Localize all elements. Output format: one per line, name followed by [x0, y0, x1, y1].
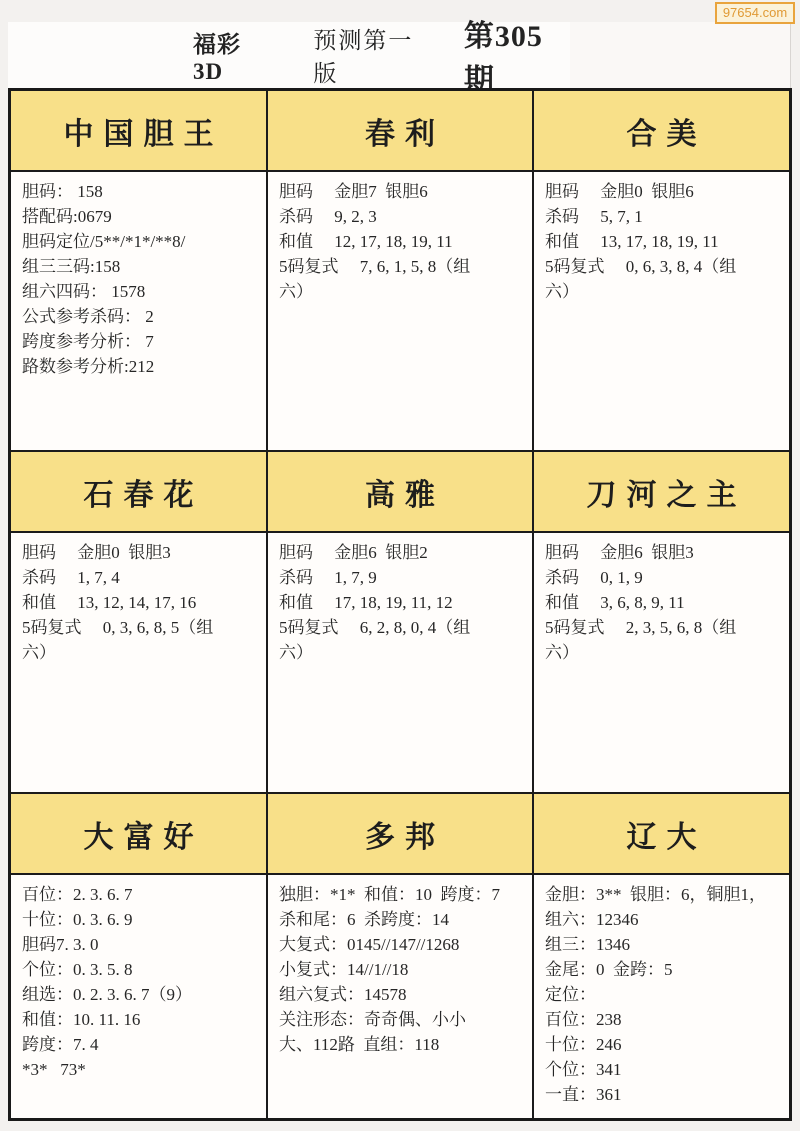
title-edition: 预测第一版	[313, 22, 434, 88]
cell-line: 定位：	[545, 982, 781, 1007]
page-header: 福彩3D 预测第一版 第305期 97654.com	[0, 0, 800, 88]
cell-line: 十位：0. 3. 6. 9	[22, 907, 258, 932]
cell-line: 公式参考杀码： 2	[22, 304, 258, 329]
prediction-grid: 中国胆王 胆码： 158搭配码:0679胆码定位/5**/*1*/**8/组三三…	[8, 88, 792, 1121]
cell-line: 胆码 金胆6 银胆3	[545, 540, 781, 565]
predictor-body: 金胆：3** 银胆：6，铜胆1，组六：12346组三：1346金尾：0 金跨：5…	[534, 875, 789, 1118]
cell-line: 5码复式 0, 3, 6, 8, 5（组	[22, 615, 258, 640]
cell-line: 跨度参考分析： 7	[22, 329, 258, 354]
predictor-cell: 刀河之主 胆码 金胆6 银胆3杀码 0, 1, 9和值 3, 6, 8, 9, …	[534, 452, 789, 794]
cell-line: 六）	[279, 279, 524, 304]
predictor-cell: 辽大 金胆：3** 银胆：6，铜胆1，组六：12346组三：1346金尾：0 金…	[534, 794, 789, 1118]
cell-line: 六）	[22, 640, 258, 665]
cell-line: 组三：1346	[545, 932, 781, 957]
cell-line: 杀码 9, 2, 3	[279, 204, 524, 229]
cell-line: 胆码 金胆6 银胆2	[279, 540, 524, 565]
predictor-body: 胆码 金胆7 银胆6杀码 9, 2, 3和值 12, 17, 18, 19, 1…	[268, 172, 532, 450]
cell-line: 小复式：14//1//18	[279, 957, 524, 982]
cell-line: 胆码 金胆0 银胆6	[545, 179, 781, 204]
predictor-name: 刀河之主	[534, 452, 789, 533]
predictor-cell: 多邦 独胆：*1* 和值：10 跨度：7杀和尾：6 杀跨度：14大复式：0145…	[268, 794, 534, 1118]
cell-line: 六）	[279, 640, 524, 665]
predictor-cell: 春利 胆码 金胆7 银胆6杀码 9, 2, 3和值 12, 17, 18, 19…	[268, 91, 534, 452]
cell-line: 组六四码： 1578	[22, 279, 258, 304]
site-watermark-badge: 97654.com	[715, 2, 795, 24]
cell-line: 5码复式 0, 6, 3, 8, 4（组	[545, 254, 781, 279]
cell-line: 胆码定位/5**/*1*/**8/	[22, 229, 258, 254]
predictor-body: 胆码 金胆6 银胆2杀码 1, 7, 9和值 17, 18, 19, 11, 1…	[268, 533, 532, 792]
cell-line: 大、112路 直组：118	[279, 1032, 524, 1057]
predictor-cell: 中国胆王 胆码： 158搭配码:0679胆码定位/5**/*1*/**8/组三三…	[11, 91, 268, 452]
cell-line: 5码复式 7, 6, 1, 5, 8（组	[279, 254, 524, 279]
predictor-name: 春利	[268, 91, 532, 172]
cell-line: 和值 17, 18, 19, 11, 12	[279, 590, 524, 615]
cell-line: 六）	[545, 279, 781, 304]
cell-line: 和值 12, 17, 18, 19, 11	[279, 229, 524, 254]
predictor-cell: 合美 胆码 金胆0 银胆6杀码 5, 7, 1和值 13, 17, 18, 19…	[534, 91, 789, 452]
predictor-body: 胆码 金胆6 银胆3杀码 0, 1, 9和值 3, 6, 8, 9, 115码复…	[534, 533, 789, 792]
predictor-name: 大富好	[11, 794, 266, 875]
cell-line: 和值 13, 17, 18, 19, 11	[545, 229, 781, 254]
cell-line: 胆码： 158	[22, 179, 258, 204]
title-issue-number: 第305期	[464, 11, 570, 99]
predictor-name: 石春花	[11, 452, 266, 533]
cell-line: 杀和尾：6 杀跨度：14	[279, 907, 524, 932]
cell-line: 组六复式：14578	[279, 982, 524, 1007]
predictor-body: 独胆：*1* 和值：10 跨度：7杀和尾：6 杀跨度：14大复式：0145//1…	[268, 875, 532, 1118]
cell-line: 六）	[545, 640, 781, 665]
cell-line: 独胆：*1* 和值：10 跨度：7	[279, 882, 524, 907]
cell-line: 百位：238	[545, 1007, 781, 1032]
cell-line: 杀码 0, 1, 9	[545, 565, 781, 590]
cell-line: 胆码 金胆7 银胆6	[279, 179, 524, 204]
cell-line: 组三三码:158	[22, 254, 258, 279]
cell-line: 杀码 1, 7, 9	[279, 565, 524, 590]
cell-line: 胆码7. 3. 0	[22, 932, 258, 957]
predictor-body: 胆码： 158搭配码:0679胆码定位/5**/*1*/**8/组三三码:158…	[11, 172, 266, 450]
cell-line: 杀码 5, 7, 1	[545, 204, 781, 229]
cell-line: 和值 13, 12, 14, 17, 16	[22, 590, 258, 615]
cell-line: *3* 73*	[22, 1057, 258, 1082]
cell-line: 5码复式 2, 3, 5, 6, 8（组	[545, 615, 781, 640]
header-right-pane	[570, 22, 791, 88]
cell-line: 百位：2. 3. 6. 7	[22, 882, 258, 907]
predictor-body: 胆码 金胆0 银胆6杀码 5, 7, 1和值 13, 17, 18, 19, 1…	[534, 172, 789, 450]
predictor-cell: 大富好 百位：2. 3. 6. 7十位：0. 3. 6. 9胆码7. 3. 0个…	[11, 794, 268, 1118]
cell-line: 5码复式 6, 2, 8, 0, 4（组	[279, 615, 524, 640]
cell-line: 关注形态：奇奇偶、小小	[279, 1007, 524, 1032]
cell-line: 个位：341	[545, 1057, 781, 1082]
cell-line: 和值：10. 11. 16	[22, 1007, 258, 1032]
cell-line: 杀码 1, 7, 4	[22, 565, 258, 590]
predictor-name: 合美	[534, 91, 789, 172]
cell-line: 和值 3, 6, 8, 9, 11	[545, 590, 781, 615]
predictor-name: 高雅	[268, 452, 532, 533]
cell-line: 搭配码:0679	[22, 204, 258, 229]
predictor-name: 辽大	[534, 794, 789, 875]
cell-line: 组六：12346	[545, 907, 781, 932]
predictor-cell: 石春花 胆码 金胆0 银胆3杀码 1, 7, 4和值 13, 12, 14, 1…	[11, 452, 268, 794]
page-title: 福彩3D 预测第一版 第305期	[8, 22, 570, 88]
cell-line: 一直：361	[545, 1082, 781, 1107]
cell-line: 大复式：0145//147//1268	[279, 932, 524, 957]
predictor-name: 中国胆王	[11, 91, 266, 172]
cell-line: 跨度：7. 4	[22, 1032, 258, 1057]
cell-line: 金尾：0 金跨：5	[545, 957, 781, 982]
predictor-body: 百位：2. 3. 6. 7十位：0. 3. 6. 9胆码7. 3. 0个位：0.…	[11, 875, 266, 1118]
cell-line: 组选：0. 2. 3. 6. 7（9）	[22, 982, 258, 1007]
title-lottery-name: 福彩3D	[193, 26, 268, 85]
predictor-name: 多邦	[268, 794, 532, 875]
cell-line: 路数参考分析:212	[22, 354, 258, 379]
predictor-cell: 高雅 胆码 金胆6 银胆2杀码 1, 7, 9和值 17, 18, 19, 11…	[268, 452, 534, 794]
cell-line: 胆码 金胆0 银胆3	[22, 540, 258, 565]
cell-line: 十位：246	[545, 1032, 781, 1057]
cell-line: 金胆：3** 银胆：6，铜胆1，	[545, 882, 781, 907]
predictor-body: 胆码 金胆0 银胆3杀码 1, 7, 4和值 13, 12, 14, 17, 1…	[11, 533, 266, 792]
cell-line: 个位：0. 3. 5. 8	[22, 957, 258, 982]
